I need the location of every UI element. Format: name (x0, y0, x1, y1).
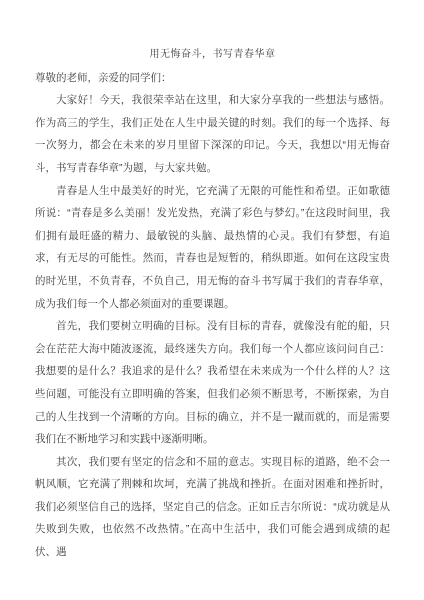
document-page: 用无悔奋斗，书写青春华章 尊敬的老师，亲爱的同学们： 大家好！今天，我很荣幸站在… (0, 0, 424, 600)
document-title: 用无悔奋斗，书写青春华章 (35, 44, 390, 67)
paragraph-goals: 首先，我们要树立明确的目标。没有目标的青春，就像没有舵的船，只会在茫茫大海中随波… (35, 315, 390, 451)
paragraph-youth: 青春是人生中最美好的时光，它充满了无限的可能性和希望。正如歌德所说：“青春是多么… (35, 180, 390, 316)
paragraph-intro: 大家好！今天，我很荣幸站在这里，和大家分享我的一些想法与感悟。作为高三的学生，我… (35, 89, 390, 179)
paragraph-conviction: 其次，我们要有坚定的信念和不屈的意志。实现目标的道路，绝不会一帆风顺，它充满了荆… (35, 451, 390, 564)
document-content: 用无悔奋斗，书写青春华章 尊敬的老师，亲爱的同学们： 大家好！今天，我很荣幸站在… (0, 0, 424, 600)
salutation-line: 尊敬的老师，亲爱的同学们： (35, 67, 390, 90)
